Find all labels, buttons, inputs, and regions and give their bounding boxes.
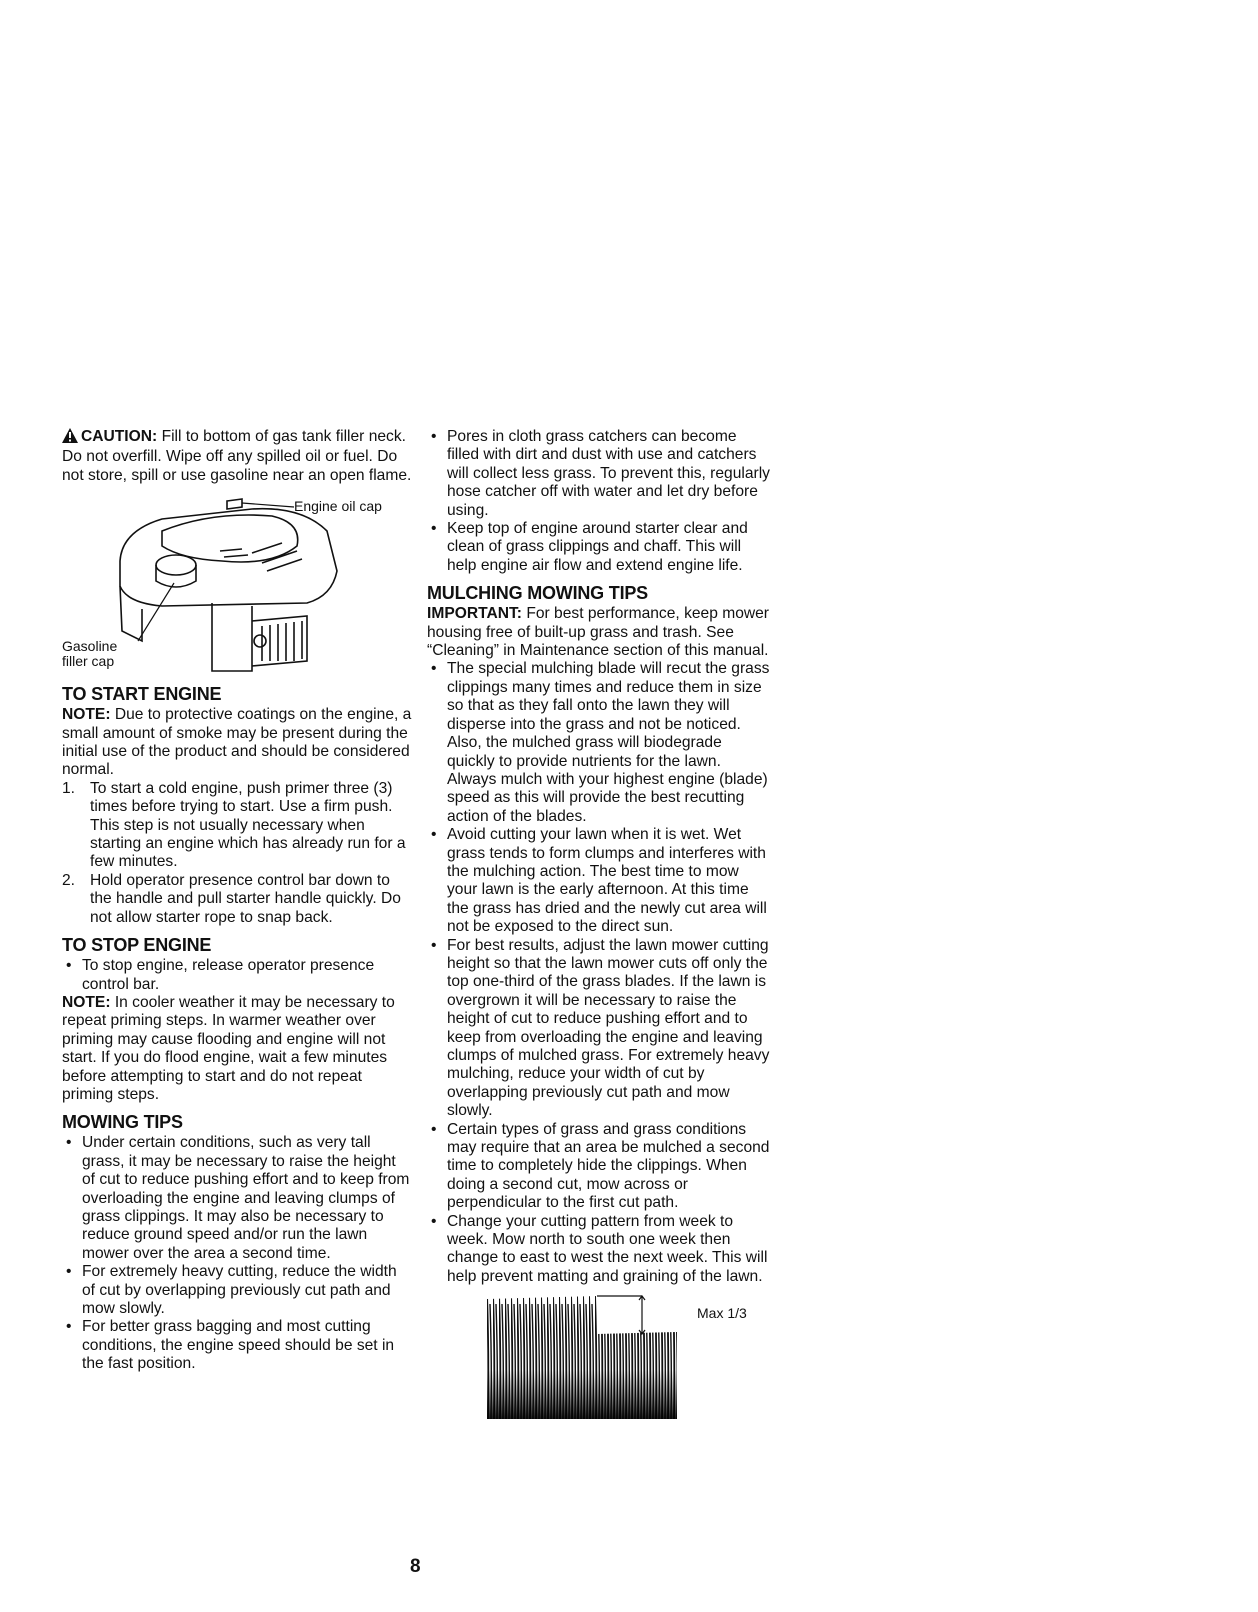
catcher-tips-list: Pores in cloth grass catchers can become… — [427, 428, 772, 575]
list-item: Avoid cutting your lawn when it is wet. … — [427, 826, 772, 936]
start-engine-note: NOTE: Due to protective coatings on the … — [62, 706, 412, 780]
note-label: NOTE: — [62, 994, 111, 1011]
mowing-tips-heading: MOWING TIPS — [62, 1112, 412, 1132]
max-one-third-label: Max 1/3 — [697, 1306, 747, 1321]
list-item: For best results, adjust the lawn mower … — [427, 937, 772, 1121]
list-item: Pores in cloth grass catchers can become… — [427, 428, 772, 520]
mowing-tips-list: Under certain conditions, such as very t… — [62, 1134, 412, 1373]
mulching-tips-list: The special mulching blade will recut th… — [427, 660, 772, 1286]
stop-engine-heading: TO STOP ENGINE — [62, 935, 412, 955]
step-text: To start a cold engine, push primer thre… — [90, 780, 406, 871]
start-engine-heading: TO START ENGINE — [62, 684, 412, 704]
step-number: 2. — [62, 872, 75, 890]
note-text: In cooler weather it may be necessary to… — [62, 994, 395, 1103]
grass-blades-icon — [487, 1294, 687, 1419]
note-text: Due to protective coatings on the engine… — [62, 706, 411, 778]
start-engine-steps: 1.To start a cold engine, push primer th… — [62, 780, 412, 927]
caution-label: CAUTION: — [81, 428, 157, 445]
left-column: CAUTION: Fill to bottom of gas tank fill… — [62, 428, 412, 1374]
gasoline-filler-cap-label: Gasoline filler cap — [62, 639, 117, 669]
gas-cap-label-line2: filler cap — [62, 654, 117, 669]
right-column: Pores in cloth grass catchers can become… — [427, 428, 772, 1424]
list-item: For better grass bagging and most cuttin… — [62, 1318, 412, 1373]
gas-cap-label-line1: Gasoline — [62, 639, 117, 654]
list-item: Certain types of grass and grass conditi… — [427, 1121, 772, 1213]
list-item: Change your cutting pattern from week to… — [427, 1213, 772, 1287]
list-item: Keep top of engine around starter clear … — [427, 520, 772, 575]
step-item: 1.To start a cold engine, push primer th… — [62, 780, 412, 872]
step-text: Hold operator presence control bar down … — [90, 872, 401, 926]
caution-paragraph: CAUTION: Fill to bottom of gas tank fill… — [62, 428, 412, 485]
step-number: 1. — [62, 780, 75, 798]
page-number: 8 — [410, 1556, 421, 1578]
stop-engine-list: To stop engine, release operator presenc… — [62, 957, 412, 994]
note-label: NOTE: — [62, 706, 111, 723]
important-paragraph: IMPORTANT: For best performance, keep mo… — [427, 605, 772, 660]
engine-drawing-icon — [102, 491, 352, 676]
engine-illustration: Engine oil cap Gasoline filler cap — [62, 491, 412, 676]
list-item: To stop engine, release operator presenc… — [62, 957, 412, 994]
step-item: 2.Hold operator presence control bar dow… — [62, 872, 412, 927]
warning-triangle-icon — [62, 428, 78, 448]
list-item: For extremely heavy cutting, reduce the … — [62, 1263, 412, 1318]
stop-engine-note: NOTE: In cooler weather it may be necess… — [62, 994, 412, 1104]
grass-height-illustration: Max 1/3 — [477, 1294, 777, 1424]
important-label: IMPORTANT: — [427, 605, 522, 622]
list-item: Under certain conditions, such as very t… — [62, 1134, 412, 1263]
mulching-tips-heading: MULCHING MOWING TIPS — [427, 583, 772, 603]
engine-oil-cap-label: Engine oil cap — [294, 499, 382, 514]
list-item: The special mulching blade will recut th… — [427, 660, 772, 826]
